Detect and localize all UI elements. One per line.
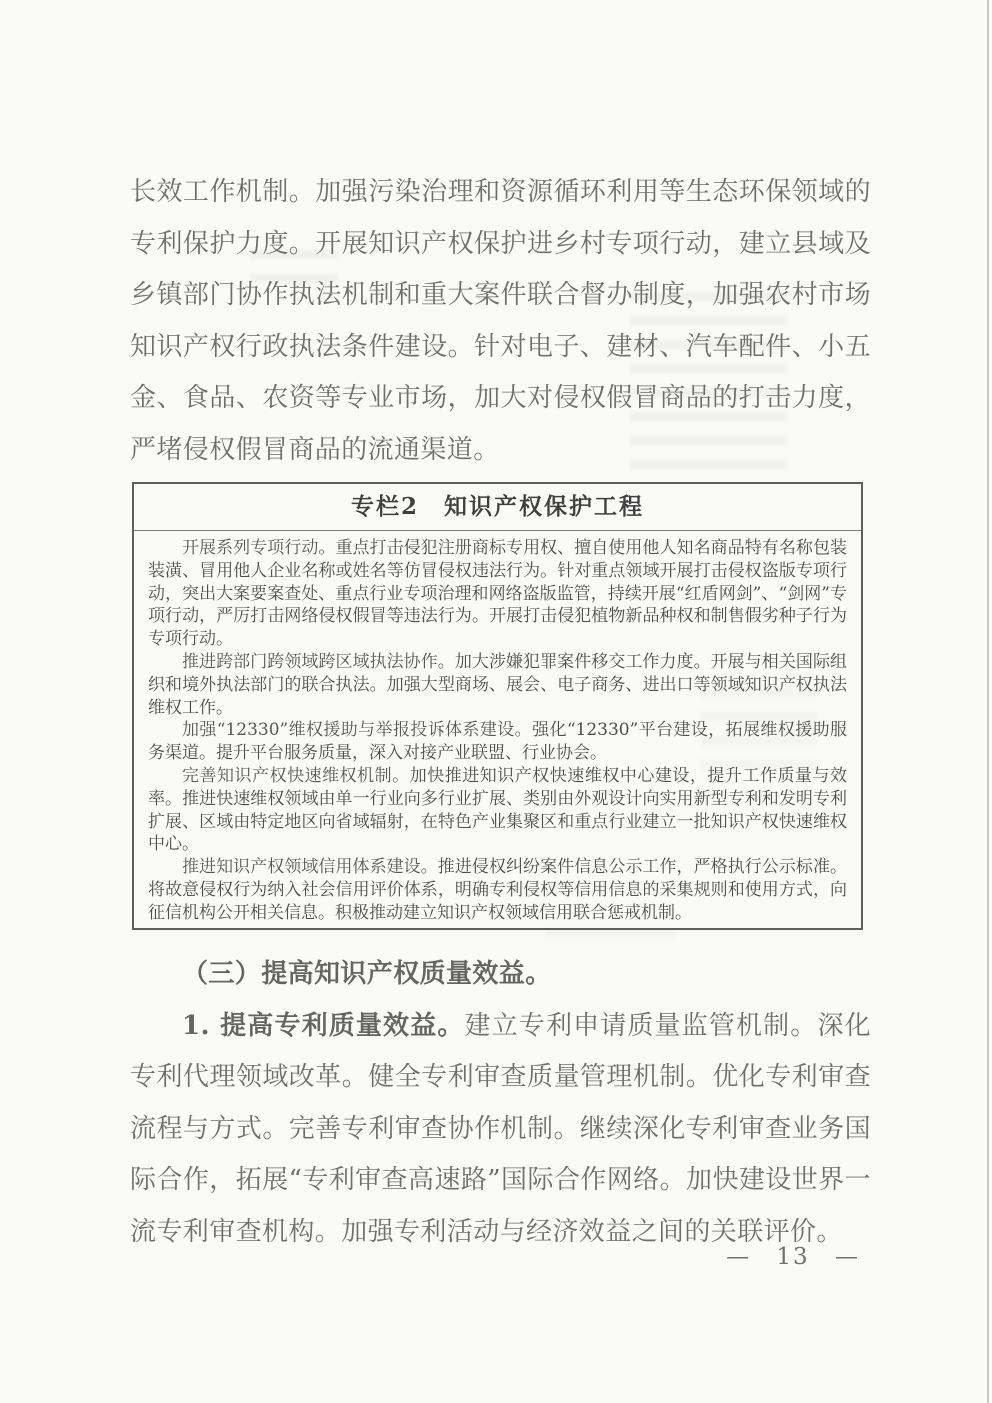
box-paragraph-lead: 推进跨部门跨领域跨区域执法协作。 (182, 652, 455, 672)
highlight-box-column2: 专栏2 知识产权保护工程 开展系列专项行动。重点打击侵犯注册商标专用权、擅自使用… (132, 482, 863, 930)
box-paragraph-lead: 开展系列专项行动。 (182, 538, 335, 558)
box-paragraph-lead: 推进知识产权领域信用体系建设。 (182, 857, 438, 877)
box-title: 专栏2 知识产权保护工程 (134, 484, 861, 531)
section-paragraph-text: 建立专利申请质量监管机制。深化专利代理领域改革。健全专利审查质量管理机制。优化专… (130, 1011, 871, 1247)
section-paragraph-lead: 1. 提高专利质量效益。 (182, 1011, 465, 1041)
box-paragraph: 加强“12330”维权援助与举报投诉体系建设。强化“12330”平台建设，拓展维… (148, 719, 847, 765)
document-page: 长效工作机制。加强污染治理和资源循环利用等生态环保领域的专利保护力度。开展知识产… (0, 0, 992, 1403)
box-paragraph-lead: 完善知识产权快速维权机制。 (182, 766, 410, 786)
box-paragraph: 推进跨部门跨领域跨区域执法协作。加大涉嫌犯罪案件移交工作力度。开展与相关国际组织… (148, 651, 847, 719)
section-paragraph: 1. 提高专利质量效益。建立专利申请质量监管机制。深化专利代理领域改革。健全专利… (130, 1001, 871, 1259)
section-3: （三）提高知识产权质量效益。 1. 提高专利质量效益。建立专利申请质量监管机制。… (130, 949, 871, 1258)
box-paragraph: 完善知识产权快速维权机制。加快推进知识产权快速维权中心建设，提升工作质量与效率。… (148, 765, 847, 856)
scan-edge-line (987, 0, 989, 1403)
box-paragraph-lead: 加强“12330”维权援助与举报投诉体系建设。 (182, 720, 532, 740)
box-paragraph: 推进知识产权领域信用体系建设。推进侵权纠纷案件信息公示工作，严格执行公示标准。将… (148, 856, 847, 924)
box-paragraph: 开展系列专项行动。重点打击侵犯注册商标专用权、擅自使用他人知名商品特有名称包装装… (148, 537, 847, 651)
intro-paragraph: 长效工作机制。加强污染治理和资源循环利用等生态环保领域的专利保护力度。开展知识产… (130, 167, 871, 476)
box-body: 开展系列专项行动。重点打击侵犯注册商标专用权、擅自使用他人知名商品特有名称包装装… (134, 531, 861, 931)
page-number: — 13 — (726, 1244, 860, 1270)
section-heading: （三）提高知识产权质量效益。 (130, 949, 871, 1001)
